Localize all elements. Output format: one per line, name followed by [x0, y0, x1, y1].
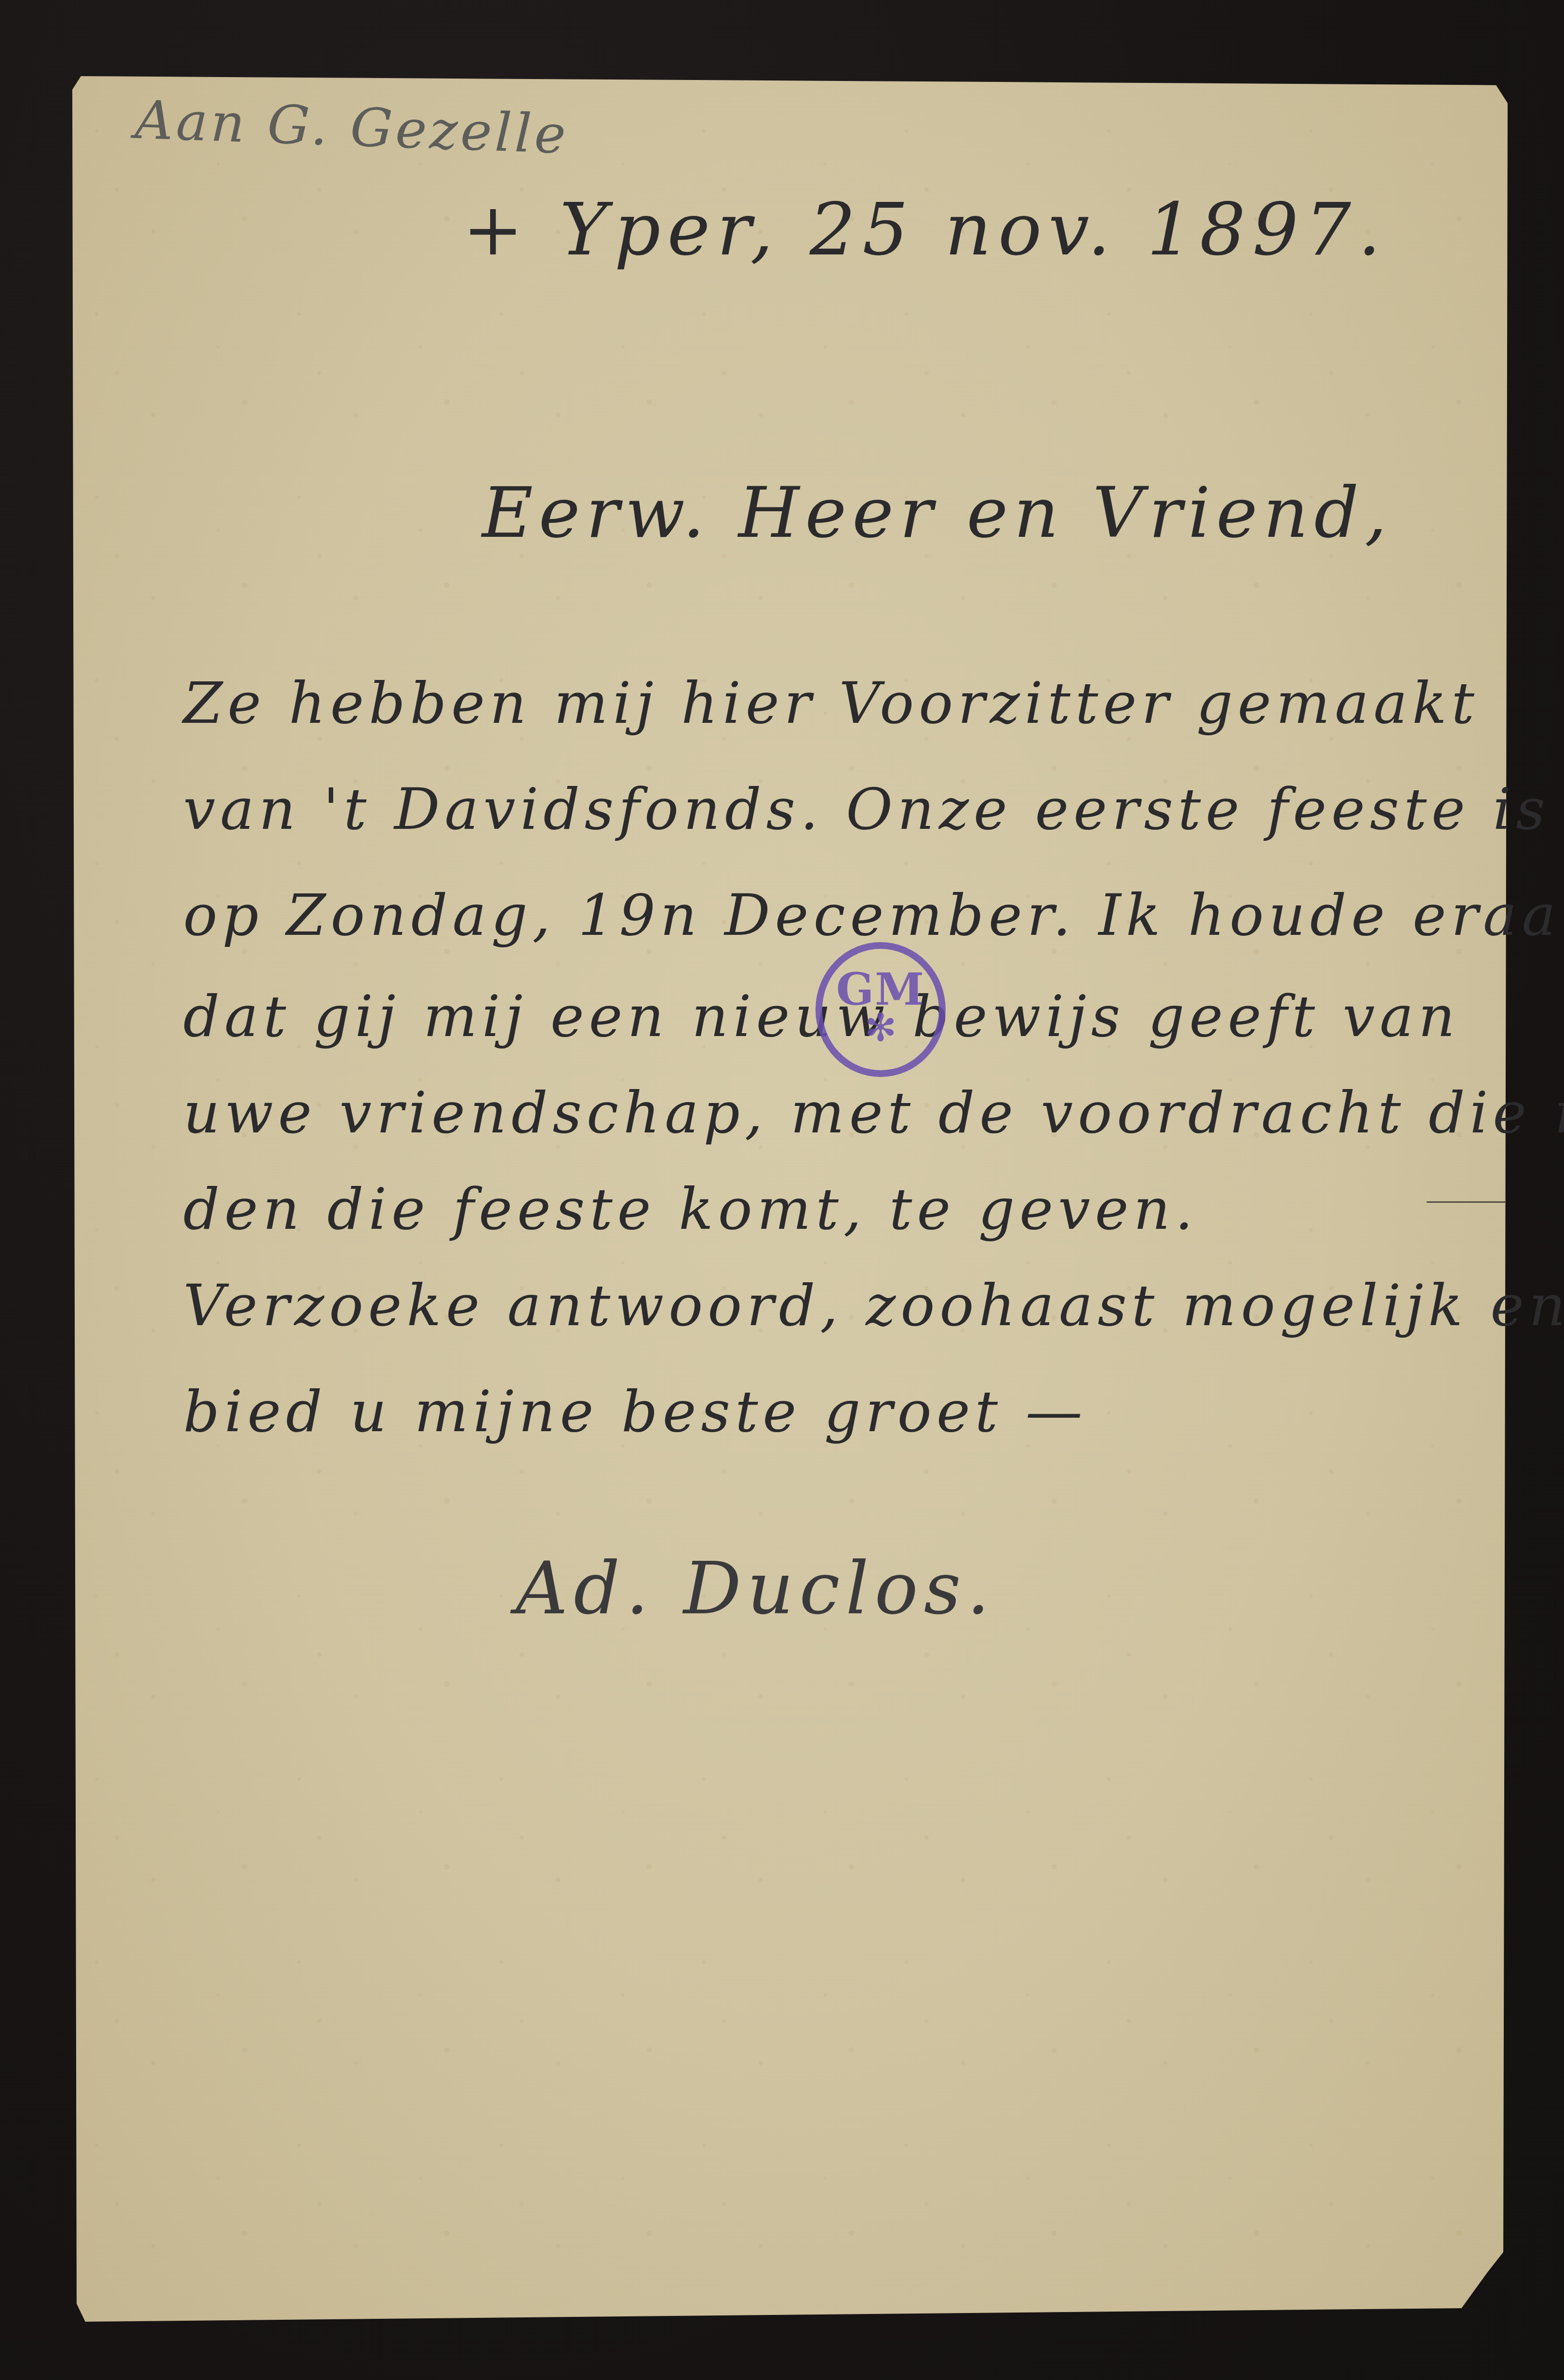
salutation: Eerw. Heer en Vriend, [482, 472, 1392, 554]
body-line-2: van 't Davidsfonds. Onze eerste feeste i… [183, 776, 1550, 842]
stamp-emblem-icon: ✻ [864, 1009, 896, 1047]
body-line-8: bied u mijne beste groet — [183, 1378, 1087, 1445]
body-line-5: uwe vriendschap, met de voordracht die m… [183, 1079, 1564, 1146]
body-line-3: op Zondag, 19n December. Ik houde eraan [183, 882, 1564, 948]
place-and-date: + Yper, 25 nov. 1897. [463, 188, 1388, 272]
body-line-6: den die feeste komt, te geven. [183, 1176, 1198, 1242]
body-line-7: Verzoeke antwoord, zoohaast mogelijk en [183, 1272, 1564, 1339]
signature: Ad. Duclos. [516, 1547, 996, 1631]
collection-stamp: GM ✻ [815, 942, 946, 1077]
body-line-1: Ze hebben mij hier Voorzitter gemaakt [183, 670, 1479, 736]
